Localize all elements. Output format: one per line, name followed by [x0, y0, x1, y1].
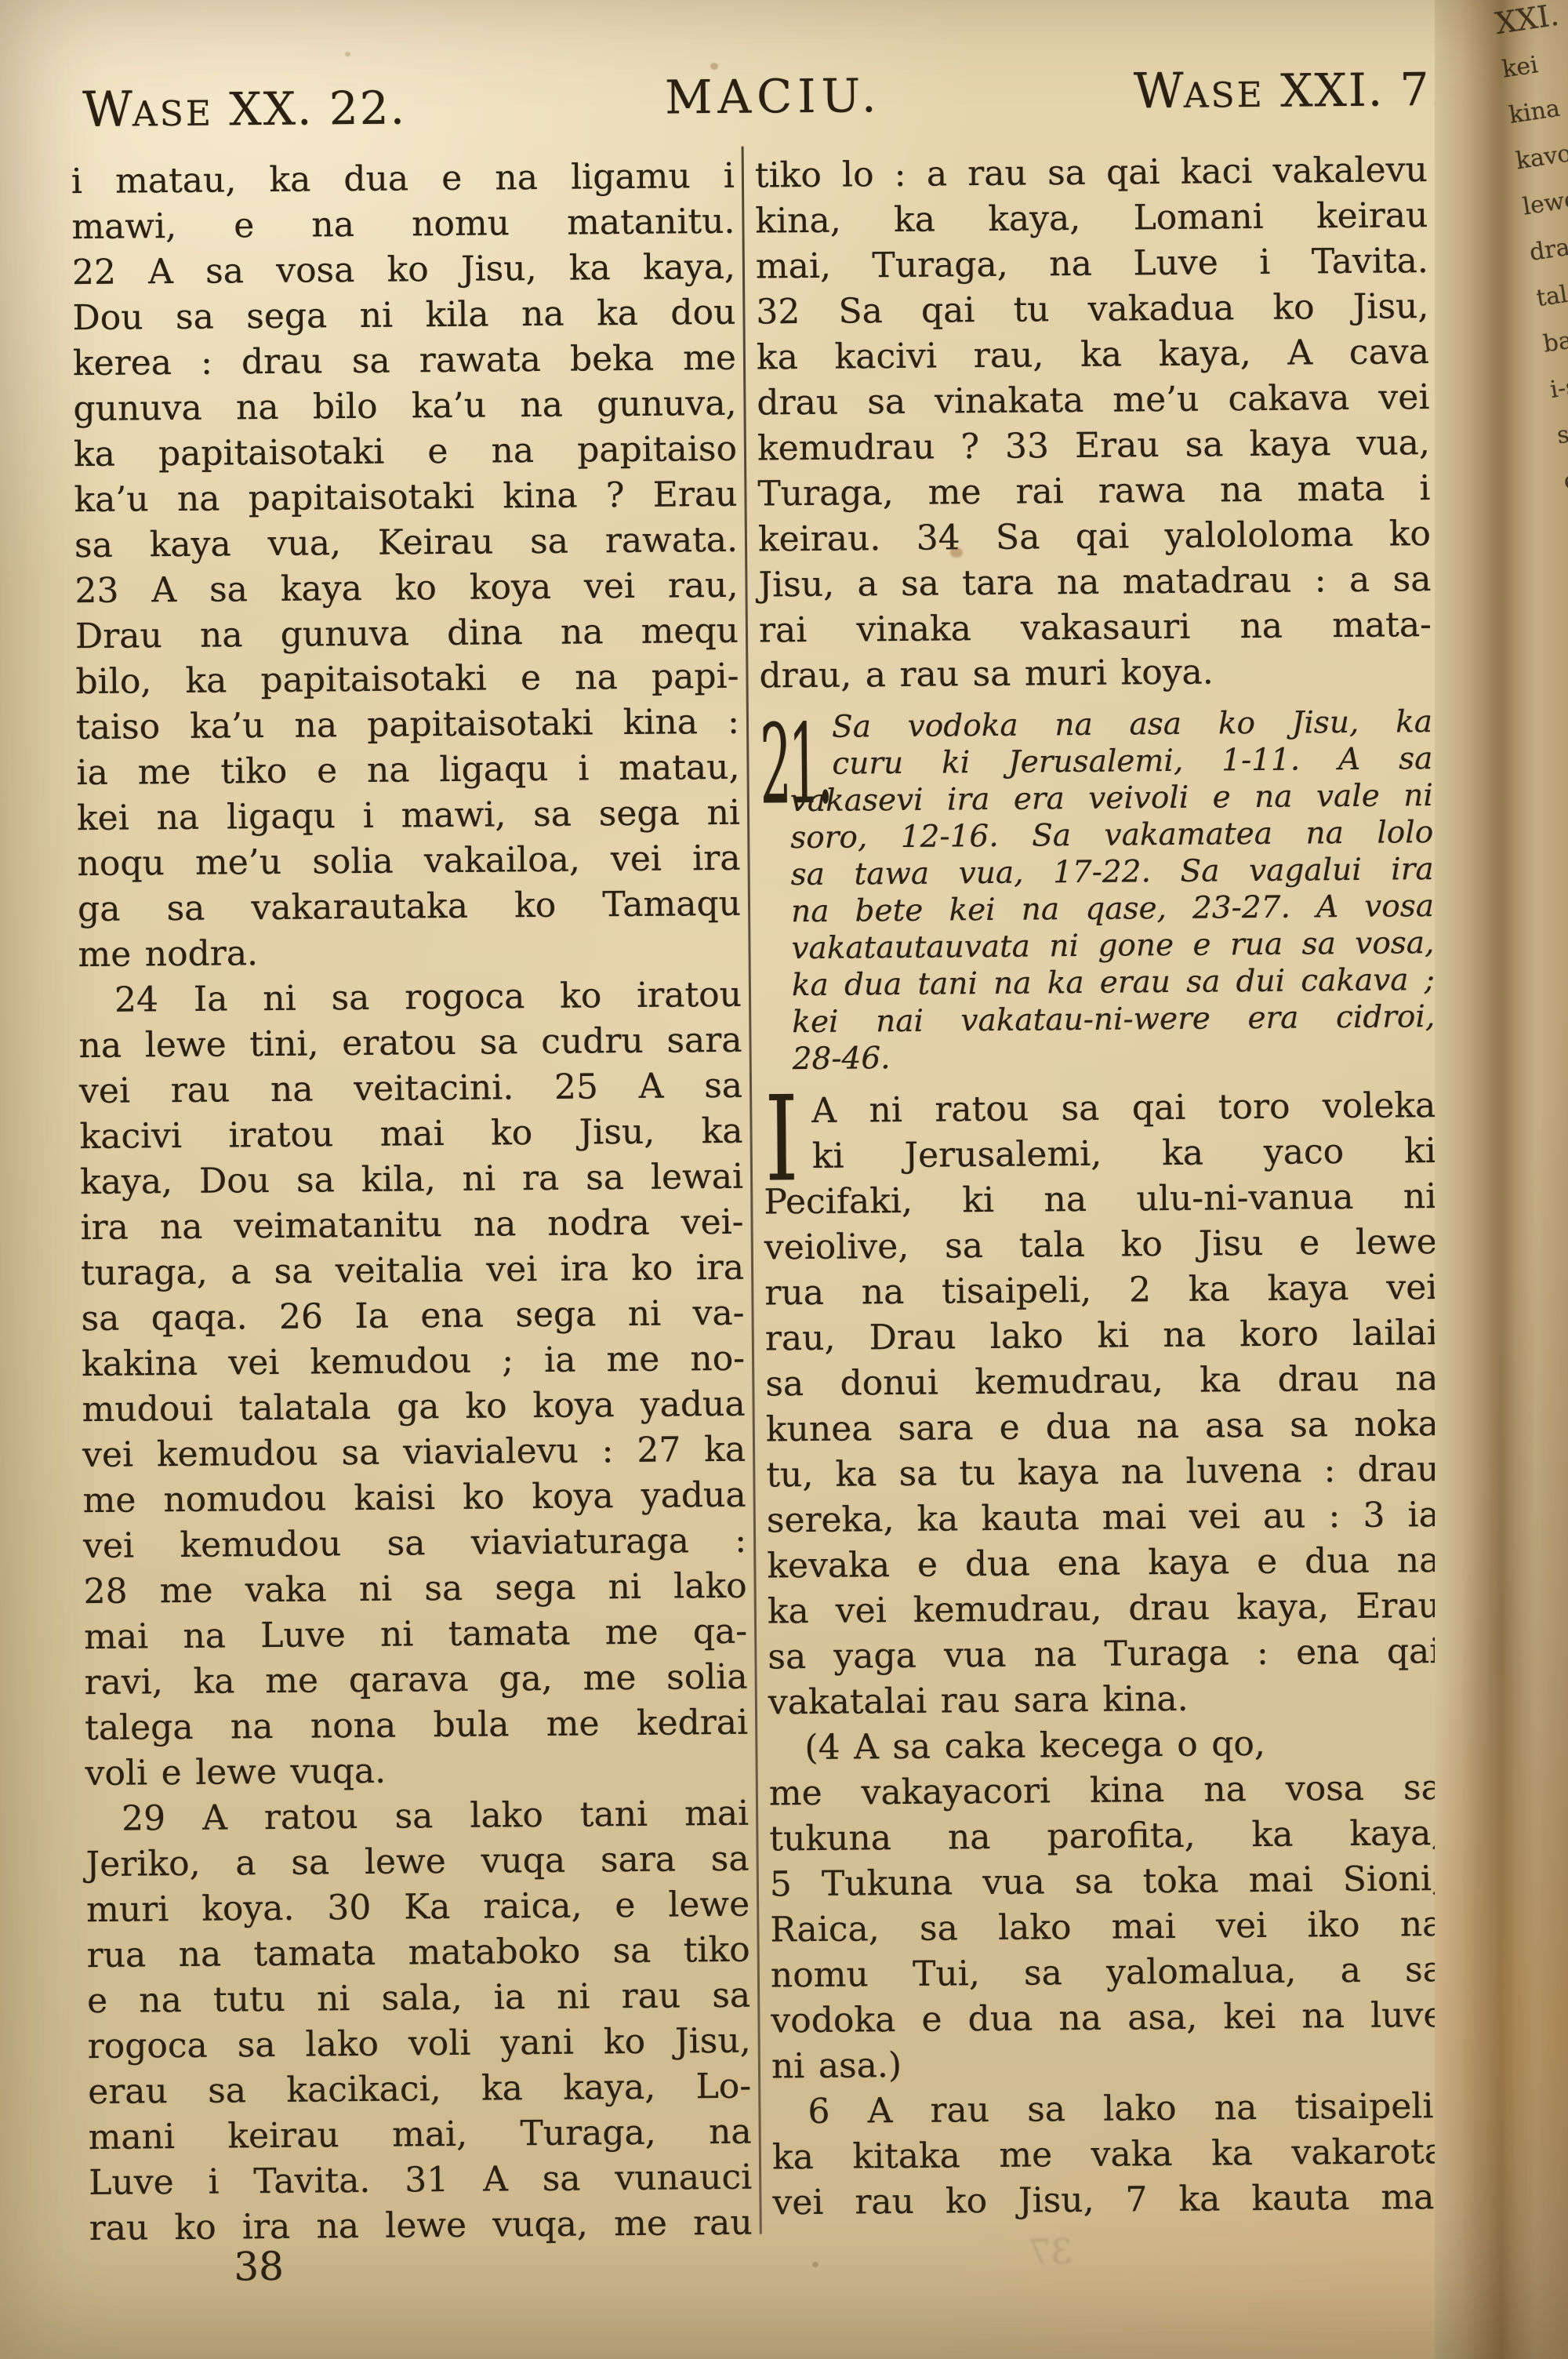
chapter-summary-lines: Sa vodoka na asa ko Jisu, kacuru ki Jeru…: [760, 703, 1436, 1078]
text-line: mawi, e na nomu matanitu.: [71, 199, 735, 250]
text-line: tiko lo : a rau sa qai kaci vakalevu: [755, 147, 1428, 198]
text-line: 23 A sa kaya ko koya vei rau,: [74, 563, 738, 614]
text-line: kunea sara e dua na asa sa noka: [766, 1401, 1439, 1452]
text-line: muri koya. 30 Ka raica, e lewe: [86, 1882, 750, 1933]
text-line: Sa vodoka na asa ko Jisu, ka: [760, 703, 1432, 746]
text-line: talega na nona bula me kedrai: [85, 1700, 748, 1751]
text-line: (4 A sa caka kecega o qo,: [768, 1720, 1441, 1771]
text-line: sa donui kemudrau, ka drau na: [765, 1356, 1438, 1407]
page-content: WASE XX. 22. MACIU. WASE XXI. 7. i matau…: [0, 0, 1568, 2359]
text-line: noqu me’u solia vakailoa, vei ira: [77, 836, 740, 887]
running-head-left-reference: XX. 22.: [213, 81, 407, 136]
text-line: Luve i Tavita. 31 A sa vunauci: [89, 2155, 752, 2206]
text-line: gunuva na bilo ka’u na gunuva,: [73, 381, 736, 432]
text-line: ka kacivi rau, ka kaya, A cava: [757, 329, 1429, 380]
running-head-right-smallcaps: ASE: [1184, 75, 1265, 116]
text-line: sa qaqa. 26 Ia ena sega ni va-: [81, 1291, 744, 1342]
text-line: ni asa.): [771, 2038, 1444, 2089]
text-line: Jeriko, a sa lewe vuqa sara sa: [85, 1837, 749, 1888]
text-line: me nodra.: [78, 927, 741, 978]
text-line: soro, 12-16. Sa vakamatea na lolo: [760, 814, 1433, 856]
scanned-book-page: WASE XX. 22. MACIU. WASE XXI. 7. i matau…: [0, 0, 1568, 2359]
text-line: sa kaya vua, Keirau sa rawata.: [74, 518, 738, 569]
text-line: tu, ka sa tu kaya na luvena : drau: [766, 1447, 1439, 1498]
text-line: vei kemudou sa viaviaturaga :: [83, 1518, 746, 1569]
text-line: voli e lewe vuqa.: [85, 1746, 748, 1797]
text-line: na bete kei na qase, 23-27. A vosa: [761, 888, 1434, 930]
text-line: sa yaga vua na Turaga : ena qai: [768, 1629, 1440, 1680]
text-line: vei rau na veitacini. 25 A sa: [79, 1063, 742, 1114]
text-line: ka dua tani na ka erau sa dui cakava ;: [762, 961, 1435, 1004]
text-line: kerea : drau sa rawata beka me: [73, 336, 736, 387]
text-line: rua na tisaipeli, 2 ka kaya vei: [764, 1265, 1437, 1316]
text-line: Pecifaki, ki na ulu-ni-vanua ni: [764, 1174, 1436, 1225]
text-line: 32 Sa qai tu vakadua ko Jisu,: [756, 284, 1428, 335]
text-line: ki Jerusalemi, ka yaco ki: [764, 1129, 1436, 1179]
text-line: kei nai vakatau-ni-were era cidroi,: [762, 998, 1435, 1041]
text-line: 28 me vaka ni sa sega ni lako: [83, 1564, 746, 1615]
text-line: na lewe tini, eratou sa cudru sara: [78, 1018, 742, 1069]
text-line: turaga, a sa veitalia vei ira ko ira: [81, 1245, 744, 1296]
text-line: rau ko ira na lewe vuqa, me rau: [89, 2201, 752, 2252]
text-line: Dou sa sega ni kila na ka dou: [72, 290, 735, 341]
page-number: 38: [212, 2244, 307, 2290]
text-line: kevaka e dua ena kaya e dua na: [767, 1538, 1439, 1589]
text-line: tukuna na parofita, ka kaya,: [769, 1811, 1442, 1862]
adjacent-page-edge: XXI.keikinakavodlewedra veitaleba nii-sa…: [1435, 0, 1568, 2359]
running-head-right-initial: W: [1134, 62, 1184, 120]
text-line: veiolive, sa tala ko Jisu e lewe: [764, 1219, 1437, 1270]
text-line: mai na Luve ni tamata me qa-: [84, 1609, 747, 1660]
text-line: kaya, Dou sa kila, ni ra sa lewai: [80, 1154, 743, 1205]
text-line: ka papitaisotaki e na papitaiso: [74, 427, 737, 478]
running-head-left: WASE XX. 22.: [82, 78, 407, 138]
running-head-right-reference: XXI. 7.: [1264, 63, 1446, 118]
text-line: erau sa kacikaci, ka kaya, Lo-: [88, 2064, 751, 2115]
text-line: kakina vei kemudou ; ia me no-: [82, 1336, 745, 1387]
text-line: me vakayacori kina na vosa sa: [769, 1765, 1442, 1816]
text-line: keirau. 34 Sa qai yalololoma ko: [758, 511, 1431, 562]
text-line: kacivi iratou mai ko Jisu, ka: [79, 1109, 742, 1160]
text-line: ia me tiko e na ligaqu i matau,: [76, 745, 739, 796]
text-line: nomu Tui, sa yalomalua, a sa: [771, 1947, 1443, 1998]
text-line: bilo, ka papitaisotaki e na papi-: [75, 654, 739, 705]
text-line: sereka, ka kauta mai vei au : 3 ia: [767, 1492, 1439, 1543]
text-line: mudoui talatala ga ko koya yadua: [82, 1382, 745, 1433]
chapter-21-heading-block: 21. Sa vodoka na asa ko Jisu, kacuru ki …: [760, 703, 1436, 1078]
verse-lines: A ni ratou sa qai toro volekaki Jerusale…: [763, 1083, 1446, 2226]
text-line: me nomudou kaisi ko koya yadua: [82, 1473, 746, 1524]
text-line: A ni ratou sa qai toro voleka: [763, 1083, 1436, 1134]
text-line: rai vinaka vakasauri na mata-: [759, 602, 1432, 653]
text-line: ira na veimatanitu na nodra vei-: [80, 1200, 743, 1251]
left-text-column: i matau, ka dua e na ligamu imawi, e na …: [71, 154, 753, 2252]
running-head-left-smallcaps: ASE: [132, 94, 213, 135]
chapter-number: 21.: [760, 711, 831, 821]
text-line: sa tawa vua, 17-22. Sa vagalui ira: [760, 851, 1433, 893]
text-line: drau sa vinakata me’u cakava vei: [757, 375, 1429, 426]
right-text-column-top: tiko lo : a rau sa qai kaci vakalevukina…: [755, 147, 1432, 699]
text-line: vakatalai rau sara kina.: [768, 1674, 1441, 1725]
text-line: 28-46.: [763, 1035, 1436, 1078]
text-line: Drau na gunuva dina na mequ: [75, 609, 739, 660]
show-through-page-number: 37: [1029, 2232, 1073, 2272]
text-line: vakatautauvata ni gone e rua sa vosa,: [761, 925, 1434, 967]
text-line: 22 A sa vosa ko Jisu, ka kaya,: [72, 245, 735, 296]
text-line: drau, a rau sa muri koya.: [759, 648, 1432, 699]
text-line: rua na tamata mataboko sa tiko: [86, 1928, 750, 1979]
text-line: mani keirau mai, Turaga, na: [88, 2110, 751, 2161]
right-text-column-body: I A ni ratou sa qai toro volekaki Jerusa…: [763, 1083, 1446, 2226]
text-line: vei kemudou sa viavialevu : 27 ka: [82, 1427, 746, 1478]
text-line: ka vei kemudrau, drau kaya, Erau: [768, 1583, 1440, 1634]
text-line: 5 Tukuna vua sa toka mai Sioni,: [770, 1856, 1443, 1907]
text-line: Turaga, me rai rawa na mata i: [757, 466, 1430, 517]
text-line: rogoca sa lako voli yani ko Jisu,: [87, 2019, 750, 2070]
text-line: Raica, sa lako mai vei iko na: [770, 1902, 1443, 1953]
running-head-left-initial: W: [82, 80, 132, 138]
text-line: rau, Drau lako ki na koro lailai: [765, 1310, 1438, 1361]
text-line: ga sa vakarautaka ko Tamaqu: [78, 881, 741, 932]
running-head-right: WASE XXI. 7.: [1134, 60, 1447, 119]
text-line: ravi, ka me qarava ga, me solia: [84, 1655, 747, 1706]
text-line: 29 A ratou sa lako tani mai: [85, 1791, 749, 1842]
running-head-book-title: MACIU.: [665, 68, 882, 124]
text-line: kemudrau ? 33 Erau sa kaya vua,: [757, 420, 1430, 471]
text-line: vodoka e dua na asa, kei na luve: [771, 1993, 1443, 2044]
text-line: kei na ligaqu i mawi, sa sega ni: [77, 791, 740, 841]
text-line: ka’u na papitaisotaki kina ? Erau: [74, 472, 737, 523]
text-line: curu ki Jerusalemi, 1-11. A sa: [760, 740, 1432, 783]
text-line: vei rau ko Jisu, 7 ka kauta mai: [772, 2175, 1445, 2226]
adjacent-page-text-fragments: XXI.keikinakavodlewedra veitaleba nii-sa…: [1492, 0, 1568, 1374]
text-line: 24 Ia ni sa rogoca ko iratou: [78, 972, 742, 1023]
drop-cap-initial: I: [764, 1081, 799, 1198]
text-line: i matau, ka dua e na ligamu i: [71, 154, 735, 205]
text-line: ka kitaka me vaka ka vakarota: [772, 2129, 1445, 2180]
text-line: kina, ka kaya, Lomani keirau: [755, 193, 1428, 244]
text-line: e na tutu ni sala, ia ni rau sa: [87, 1973, 750, 2024]
text-line: vakasevi ira era veivoli e na vale ni: [760, 777, 1433, 820]
text-line: 6 A rau sa lako na tisaipeli,: [771, 2084, 1444, 2135]
text-line: taiso ka’u na papitaisotaki kina :: [76, 700, 739, 751]
text-line: mai, Turaga, na Luve i Tavita.: [756, 238, 1428, 289]
text-line: Jisu, a sa tara na matadrau : a sa: [758, 557, 1431, 608]
